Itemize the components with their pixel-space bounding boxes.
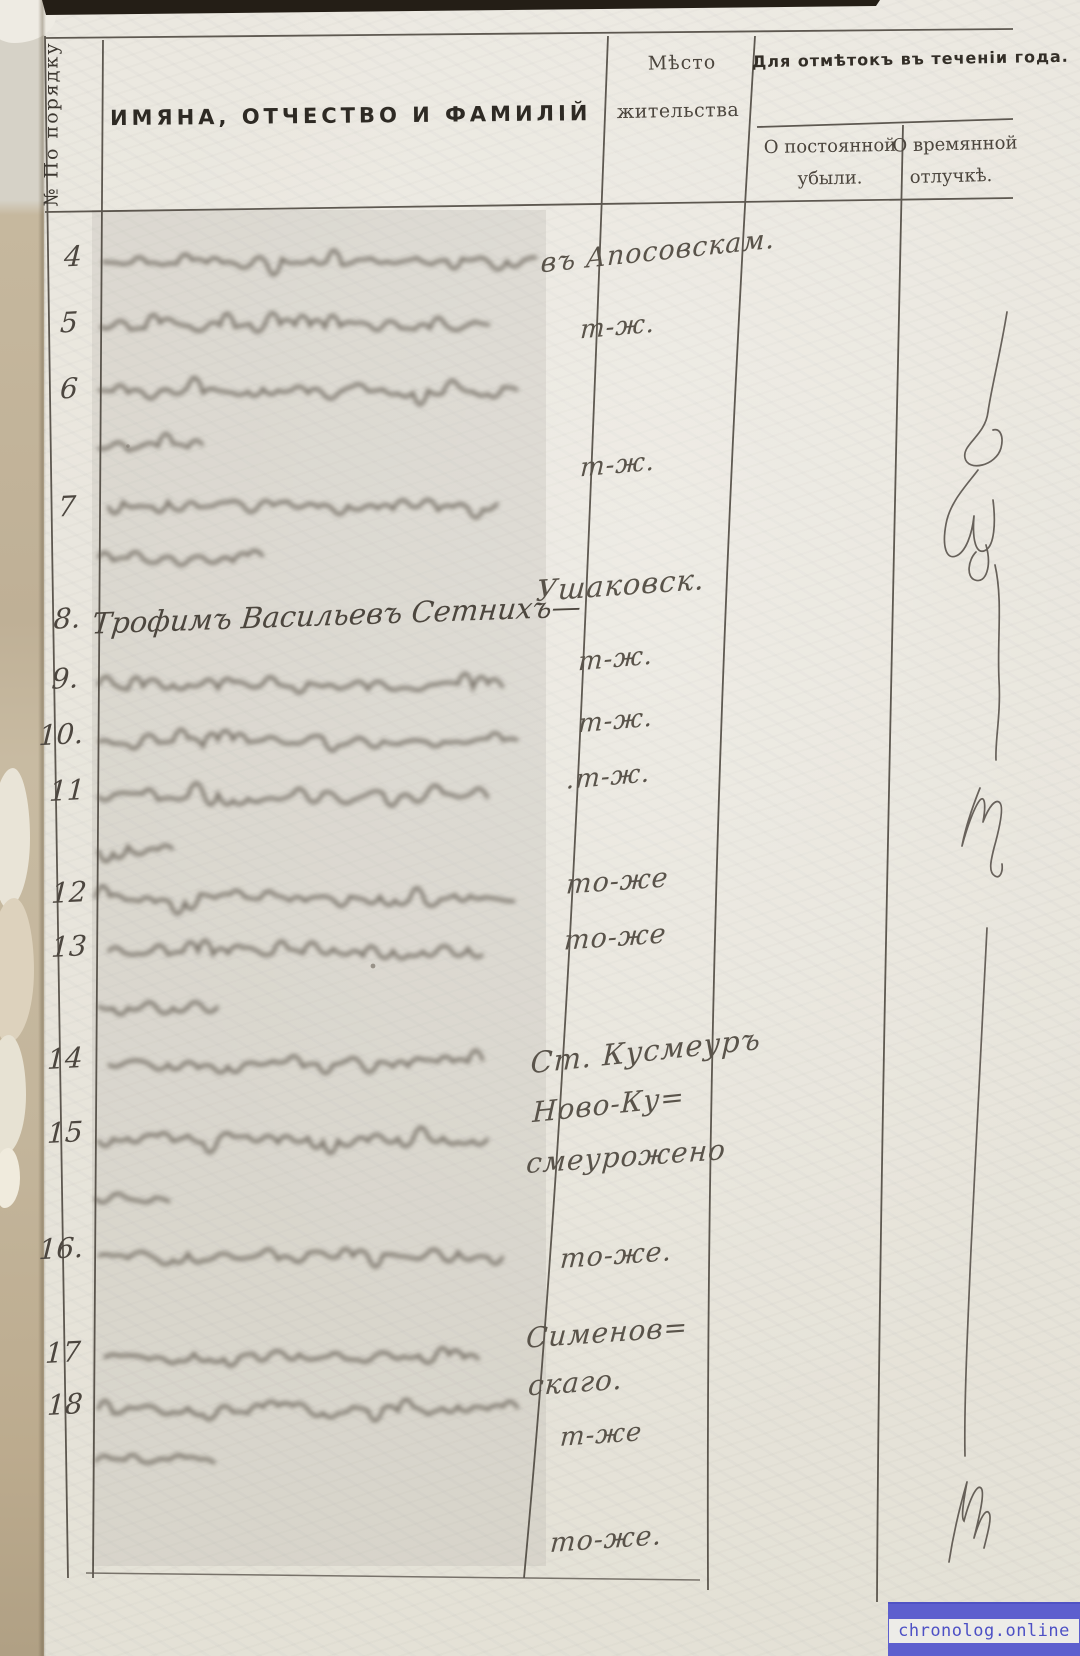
blurred-name-stroke [104,1348,479,1366]
blurred-name-stroke [102,250,537,275]
blurred-handwriting-layer [0,0,1080,1656]
row-number: 13 [45,929,93,965]
blurred-name-stroke [108,1050,483,1073]
blurred-name-stroke [98,845,173,861]
blurred-name-stroke [98,1399,518,1420]
row-number: 15 [41,1115,89,1151]
row-number: 5 [45,305,93,341]
header-temporary-line2: отлучкѣ. [876,164,1026,189]
blurred-name-stroke [95,886,515,914]
blurred-name-stroke [98,378,518,405]
row-number: 18 [41,1387,89,1423]
blurred-name-stroke [95,1194,170,1203]
row-number: 9. [41,661,89,697]
blurred-name-stroke [98,729,518,750]
row-number: 17 [39,1335,87,1371]
blurred-name-stroke [108,940,483,958]
row-number: 16. [37,1231,85,1267]
header-names-label: ИМЯНА, ОТЧЕСТВО И ФАМИЛІЙ [110,102,520,130]
blurred-name-stroke [98,1127,488,1153]
header-residence-line1: Мѣсто [612,51,752,75]
residence-entry: скаго. [527,1363,624,1403]
header-order-label: № По порядку [41,41,63,206]
scanned-register-page: № По порядку ИМЯНА, ОТЧЕСТВО И ФАМИЛІЙ М… [0,0,1080,1656]
header-temporary-line1: О времянной [880,132,1030,157]
row-number: 6 [45,371,93,407]
blurred-name-stroke [98,434,203,451]
blurred-name-stroke [98,783,488,806]
blurred-name-stroke [100,313,490,332]
blurred-name-stroke [98,1002,218,1015]
row-number: 7 [43,489,91,525]
blurred-name-stroke [108,500,498,518]
watermark-inner-box: chronolog.online [889,1619,1079,1643]
row-number: 11 [43,773,91,809]
row-number: 4 [49,239,97,275]
blurred-name-stroke [98,551,263,565]
watermark-text: chronolog.online [898,1621,1070,1641]
blurred-name-stroke [98,1249,503,1267]
row-number: 8. [43,601,91,637]
row-number: 12 [45,875,93,911]
header-order-column: № По порядку [28,38,76,210]
header-residence-line2: жительства [608,99,748,123]
row-number: 14 [41,1041,89,1077]
row-number: 10. [37,717,85,753]
residence-entry: т-же [559,1417,643,1453]
watermark-badge: chronolog.online [888,1602,1080,1656]
blurred-name-stroke [95,1455,215,1464]
blurred-name-stroke [98,674,503,693]
